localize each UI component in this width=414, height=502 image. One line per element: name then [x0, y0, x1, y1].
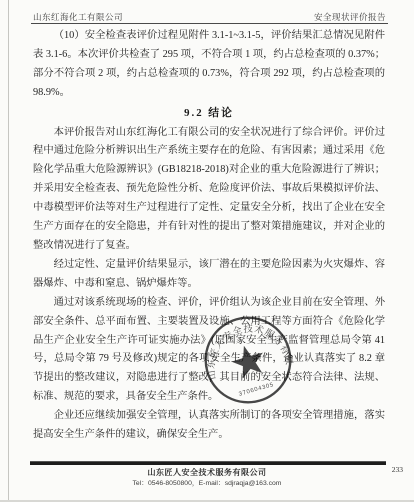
paragraph-recommendation: 企业还应继续加强安全管理，认真落实所制订的各项安全管理措施，落实提高安全生产条件… [33, 407, 385, 445]
paragraph-evaluation-overview: 本评价报告对山东红海化工有限公司的安全状况进行了综合评价。评价过程中通过危险分析… [33, 124, 385, 256]
paragraph-checklist-results: （10）安全检查表评价过程见附件 3.1-1~3.1-5，评价结果汇总情况见附件… [33, 27, 385, 103]
report-body: （10）安全检查表评价过程见附件 3.1-1~3.1-5，评价结果汇总情况见附件… [33, 27, 385, 445]
header-report-title: 安全现状评价报告 [314, 11, 386, 23]
page-number: 233 [392, 465, 403, 474]
scan-edge-artifact [8, 0, 9, 502]
section-heading-conclusion: 9.2 结论 [33, 104, 385, 123]
page-header: 山东红海化工有限公司 安全现状评价报告 [33, 11, 386, 23]
paragraph-hazard-factors: 经过定性、定量评价结果显示，该厂潜在的主要危险因素为火灾爆炸、容器爆炸、中毒和窒… [33, 256, 385, 294]
scanned-report-page: 山东红海化工有限公司 安全现状评价报告 （10）安全检查表评价过程见附件 3.1… [0, 0, 414, 502]
header-company-name: 山东红海化工有限公司 [33, 11, 123, 23]
footer-contact-info: Tel：0546-8050800，E-mail：sdjraqja@163.com [0, 477, 414, 487]
header-divider [31, 23, 388, 24]
paragraph-compliance-conclusion: 通过对该系统现场的检查、评价，评价组认为该企业目前在安全管理、外部安全条件、总平… [33, 294, 385, 407]
footer-divider [30, 461, 386, 465]
